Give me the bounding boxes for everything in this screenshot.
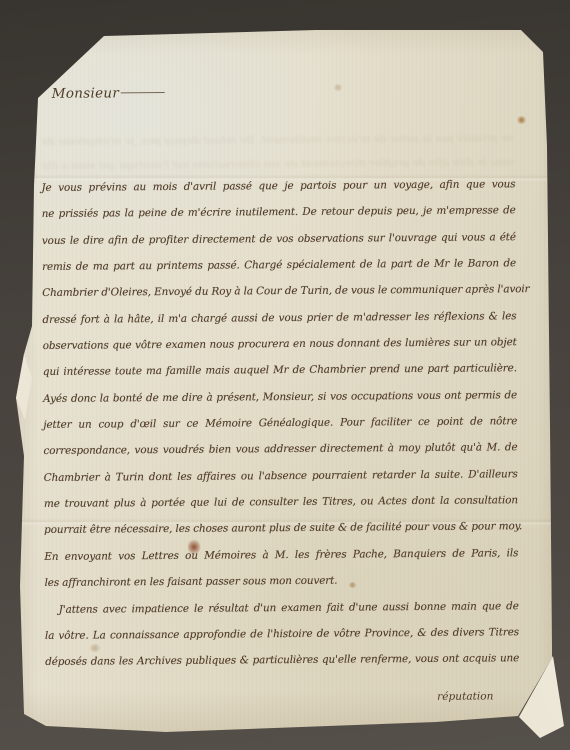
show-through-text: vous le dire afin de profiter directemen… bbox=[44, 156, 514, 172]
letter-line: Je vous prévins au mois d'avril passé qu… bbox=[41, 178, 515, 208]
letter-line: dressé fort à la hâte, il m'a chargé aus… bbox=[42, 310, 516, 340]
letter-body: Je vous prévins au mois d'avril passé qu… bbox=[41, 178, 519, 705]
catchword: réputation bbox=[45, 690, 519, 706]
letter-line: J'attens avec impatience le résultat d'u… bbox=[45, 600, 519, 630]
letter-line: les affranchiront en les faisant passer … bbox=[45, 573, 519, 603]
handwriting-layer: Monsieur ne prissiés pas la peine de m'é… bbox=[13, 24, 567, 742]
letter-line: Chambrier à Turin dont les affaires ou l… bbox=[44, 468, 518, 498]
letter-line: déposés dans les Archives publiques & pa… bbox=[45, 652, 519, 682]
letter-line: pourrait être nécessaire, les choses aur… bbox=[44, 521, 518, 551]
photo-background: Monsieur ne prissiés pas la peine de m'é… bbox=[0, 0, 570, 750]
letter-paper: Monsieur ne prissiés pas la peine de m'é… bbox=[16, 26, 564, 740]
salutation: Monsieur bbox=[52, 85, 166, 102]
letter-line: Ayés donc la bonté de me dire à présent,… bbox=[43, 389, 517, 419]
show-through-text: ne prissiés pas la peine de m'écrire inu… bbox=[44, 132, 514, 148]
letter-line: correspondance, vous voudrés bien vous a… bbox=[43, 442, 517, 472]
letter-line: Chambrier d'Oleires, Envoyé du Roy à la … bbox=[42, 284, 516, 314]
letter-line: En envoyant vos Lettres ou Mémoires à M.… bbox=[44, 547, 518, 577]
letter-line: la vôtre. La connaissance approfondie de… bbox=[45, 626, 519, 656]
letter-line: qui intéresse toute ma famille mais auqu… bbox=[43, 363, 517, 393]
letter-line: vous le dire afin de profiter directemen… bbox=[42, 231, 516, 261]
letter-line: ne prissiés pas la peine de m'écrire inu… bbox=[42, 205, 516, 235]
